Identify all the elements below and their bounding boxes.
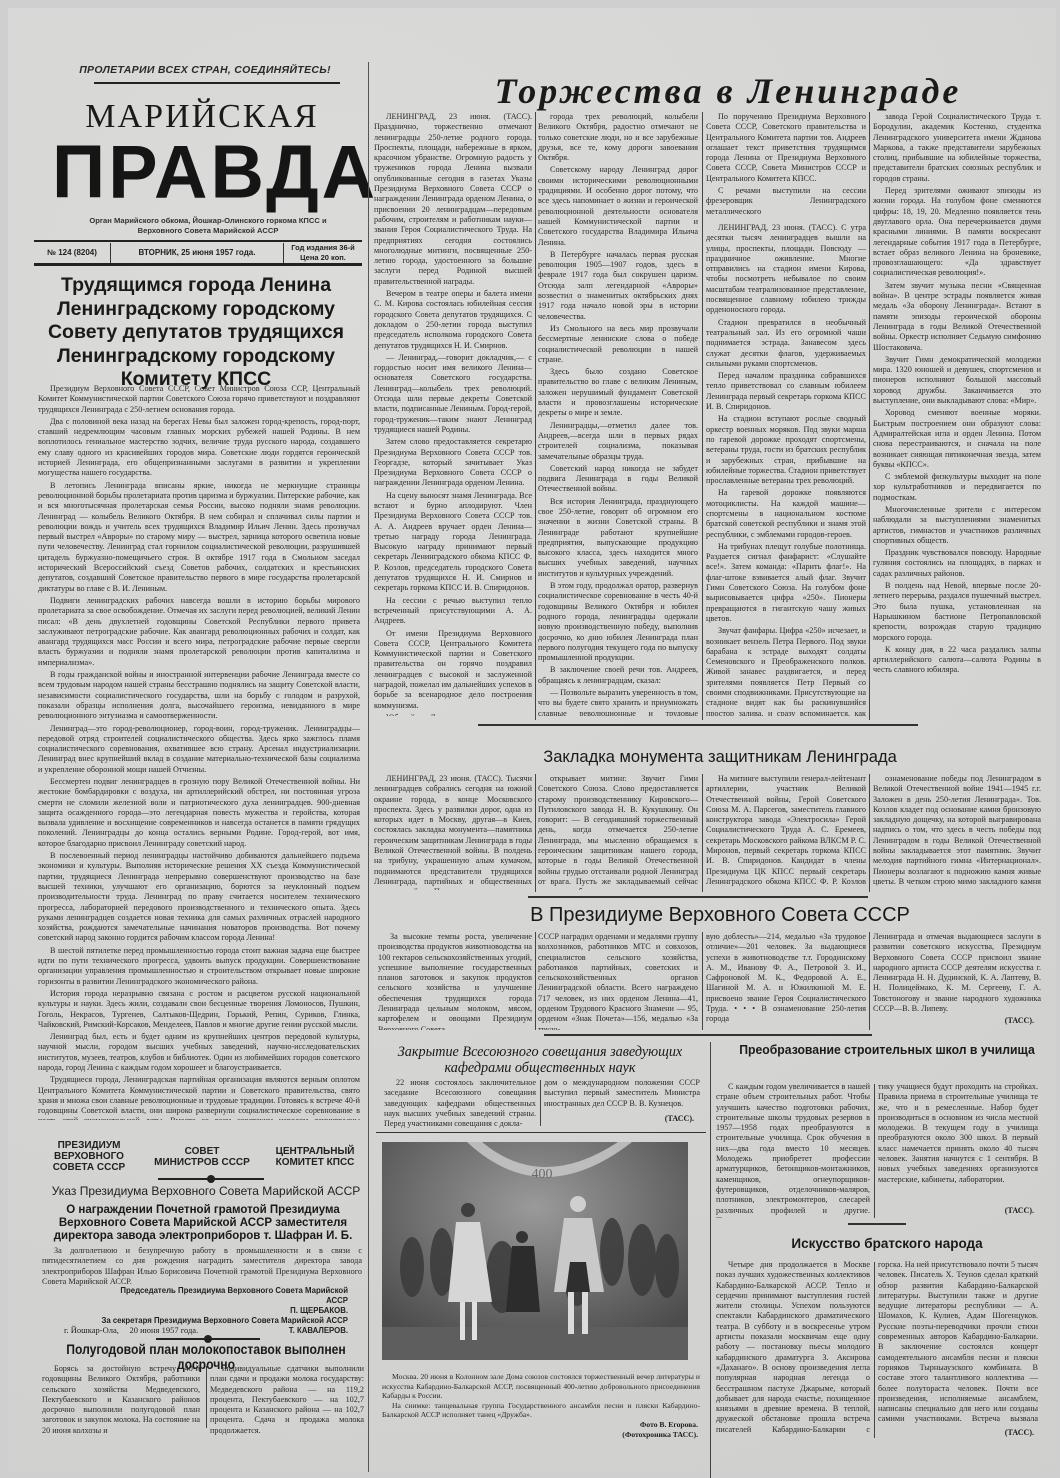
section-rule bbox=[544, 1034, 872, 1036]
article-paragraph: На сцену выносят знамя Ленинграда. Все в… bbox=[374, 491, 532, 594]
zakrytie-col2: дом о международном положении СССР высту… bbox=[544, 1078, 700, 1111]
zakrytie-tass: (ТАСС). bbox=[618, 1114, 694, 1123]
article-paragraph: История города неразрывно связана с рост… bbox=[38, 989, 360, 1030]
prezidium-col4: Ленинграда и отмечая выдающиеся заслуги … bbox=[873, 932, 1041, 1018]
price-label: Цена 20 коп. bbox=[300, 253, 346, 263]
article-paragraph: Из Смольного на весь мир прозвучали бесс… bbox=[538, 324, 698, 365]
article-paragraph: В послевоенный период ленинградцы настой… bbox=[38, 851, 360, 944]
article-paragraph: В этом году, продолжал оратор, развернув… bbox=[538, 581, 698, 663]
zakladka-col4: ознаменование победы под Ленинградом в В… bbox=[873, 774, 1041, 890]
article-paragraph: Ленинград был, есть и будет одним из кру… bbox=[38, 1032, 360, 1073]
prezidium-headline: В Президиуме Верховного Совета СССР bbox=[400, 904, 1040, 927]
iskusstvo-tass: (ТАСС). bbox=[968, 1428, 1034, 1437]
article-paragraph: В годы гражданской войны и иностранной и… bbox=[38, 670, 360, 721]
signature-cc: ЦЕНТРАЛЬНЫЙ КОМИТЕТ КПСС bbox=[270, 1146, 360, 1168]
caption-text: Москва. 20 июня в Колонном зале Дома сою… bbox=[382, 1372, 700, 1401]
lead-headline: Трудящимся города Ленина Ленинградскому … bbox=[38, 274, 354, 392]
masthead-slogan: ПРОЛЕТАРИИ ВСЕХ СТРАН, СОЕДИНЯЙТЕСЬ! bbox=[60, 64, 350, 76]
article-paragraph: Многочисленные зрители с интересом наблю… bbox=[873, 505, 1041, 546]
slogan-rule bbox=[94, 82, 340, 84]
masthead-organ: Орган Марийского обкома, Йошкар-Олинског… bbox=[78, 216, 338, 236]
torzhestva-col4: завода Герой Социалистического Труда т. … bbox=[873, 112, 1041, 716]
article-paragraph: города трех революций, колыбели Великого… bbox=[538, 112, 698, 163]
article-paragraph: В летопись Ленинграда вписаны яркие, ник… bbox=[38, 481, 360, 594]
column-rule bbox=[535, 112, 536, 720]
year-price: Год издания 36-й Цена 20 коп. bbox=[284, 242, 362, 263]
ukaz-kicker: Указ Президиума Верховного Совета Марийс… bbox=[46, 1184, 366, 1198]
torzhestva-col1: ЛЕНИНГРАД, 23 июня. (ТАСС). Празднично, … bbox=[374, 112, 532, 716]
section-rule bbox=[528, 896, 868, 898]
issue-number: № 124 (8204) bbox=[34, 242, 110, 263]
zakladka-headline: Закладка монумента защитникам Ленинграда bbox=[400, 748, 1040, 767]
article-paragraph: Два с половиной века назад на берегах Не… bbox=[38, 417, 360, 479]
ornament-divider bbox=[158, 1178, 264, 1180]
article-paragraph: Звучат фанфары. Цифра «250» исчезает, и … bbox=[706, 626, 866, 716]
lead-body: Президиум Верховного Совета СССР, Совет … bbox=[38, 384, 360, 1120]
lead-signatures: ПРЕЗИДИУМ ВЕРХОВНОГО СОВЕТА СССР СОВЕТ М… bbox=[44, 1140, 360, 1173]
newspaper-page: ПРОЛЕТАРИИ ВСЕХ СТРАН, СОЕДИНЯЙТЕСЬ! МАР… bbox=[8, 8, 1056, 1472]
column-rule bbox=[535, 932, 536, 1030]
prezidium-col1: За высокие темпы роста, увеличение произ… bbox=[378, 932, 532, 1030]
article-paragraph: Президиум Верховного Совета СССР, Совет … bbox=[38, 384, 360, 415]
article-paragraph: завода Герой Социалистического Труда т. … bbox=[873, 112, 1041, 184]
column-rule bbox=[540, 1080, 541, 1126]
torzhestva-col2: города трех революций, колыбели Великого… bbox=[538, 112, 698, 716]
photo-credit-agency: (Фотохроника ТАСС). bbox=[568, 1430, 698, 1440]
iskusstvo-headline: Искусство братского народа bbox=[722, 1236, 1052, 1251]
column-rule bbox=[874, 1084, 875, 1218]
main-column-rule bbox=[368, 62, 369, 1472]
torzhestva-col3: По поручению Президиума Верховного Совет… bbox=[706, 112, 866, 716]
ukaz-body: За долголетнюю и безупречную работу в пр… bbox=[42, 1246, 362, 1289]
column-rule bbox=[710, 1042, 711, 1478]
article-paragraph: Праздник чувствовался повсюду. Народные … bbox=[873, 548, 1041, 579]
article-paragraph: Вся история Ленинграда, празднующего сво… bbox=[538, 497, 698, 579]
article-paragraph: Звучит Гимн демократической молодежи мир… bbox=[873, 355, 1041, 406]
ornament-divider bbox=[156, 1338, 260, 1340]
column-rule bbox=[702, 774, 703, 892]
article-paragraph: К концу дня, в 22 часа раздались залпы а… bbox=[873, 645, 1041, 676]
photo-caption: Москва. 20 июня в Колонном зале Дома сою… bbox=[382, 1372, 700, 1420]
article-paragraph: Трудящиеся города, Ленинградская партийн… bbox=[38, 1075, 360, 1120]
prezidium-col2: СССР наградил орденами и медалями группу… bbox=[538, 932, 698, 1030]
milk-col2: индивидуальные сдатчики выполнили план с… bbox=[210, 1364, 364, 1438]
article-paragraph: — Позвольте выразить уверенность в том, … bbox=[538, 688, 698, 716]
dance-ensemble-photo: 400 bbox=[382, 1142, 688, 1360]
photo-illustration: 400 bbox=[382, 1142, 688, 1360]
section-rule bbox=[376, 1132, 706, 1133]
photo-credit-author: Фото В. Егорова. bbox=[568, 1420, 698, 1430]
article-paragraph: Затем звучит музыка песни «Священная вой… bbox=[873, 281, 1041, 353]
chair-title: Председатель Президиума Верховного Совет… bbox=[98, 1286, 348, 1306]
article-paragraph: Затем слово предоставляется секретарю Пр… bbox=[374, 437, 532, 488]
preobrazovanie-col2: тику учащиеся будут проходить на стройка… bbox=[878, 1082, 1038, 1202]
torzhestva-headline: Торжества в Ленинграде bbox=[408, 70, 1048, 112]
article-paragraph: В Петербурге началась первая русская рев… bbox=[538, 250, 698, 322]
article-paragraph: На гаревой дорожке появляются мотоциклис… bbox=[706, 488, 866, 539]
column-rule bbox=[869, 774, 870, 892]
masthead-infobar: № 124 (8204) ВТОРНИК, 25 июня 1957 года.… bbox=[34, 240, 362, 266]
preobrazovanie-col1: С каждым годом увеличивается в нашей стр… bbox=[716, 1082, 870, 1218]
article-paragraph: Советскому народу Ленинград дорог своими… bbox=[538, 165, 698, 247]
caption-text-2: На снимке: танцевальная группа Государст… bbox=[382, 1401, 700, 1420]
article-paragraph: Ленинград—это город-революционер, город-… bbox=[38, 724, 360, 775]
article-paragraph: ЛЕНИНГРАД, 23 июня. (ТАСС). Празднично, … bbox=[374, 112, 532, 287]
article-paragraph: В шестой пятилетке перед промышленностью… bbox=[38, 946, 360, 987]
column-rule bbox=[206, 1366, 207, 1428]
article-paragraph: На стадион вступают рослые сводный оркес… bbox=[706, 414, 866, 486]
article-paragraph: Здесь было создано Советское правительст… bbox=[538, 367, 698, 418]
iskusstvo-col2: горска. На ней присутствовало почти 5 ты… bbox=[878, 1260, 1038, 1426]
ukaz-headline: О награждении Почетной грамотой Президиу… bbox=[38, 1204, 368, 1243]
column-rule bbox=[702, 932, 703, 1030]
article-paragraph: Ленинградцы,—отметил далее тов. Андреев,… bbox=[538, 421, 698, 462]
article-paragraph: Вечером в театре оперы и балета имени С.… bbox=[374, 289, 532, 351]
article-paragraph: В заключение своей речи тов. Андреев, об… bbox=[538, 665, 698, 686]
section-rule bbox=[848, 1223, 906, 1225]
column-rule bbox=[702, 112, 703, 720]
prezidium-col3: вую доблесть»—214, медалью «За трудовое … bbox=[706, 932, 866, 1030]
preobrazovanie-tass: (ТАСС). bbox=[968, 1206, 1034, 1215]
article-paragraph: Перед зрителями оживают эпизоды из жизни… bbox=[873, 186, 1041, 279]
svg-text:400: 400 bbox=[532, 1167, 553, 1182]
signature-council: СОВЕТ МИНИСТРОВ СССР bbox=[153, 1146, 251, 1168]
article-paragraph: С речами выступили на сессии фрезеровщик… bbox=[706, 186, 866, 217]
prezidium-tass: (ТАСС). bbox=[968, 1016, 1034, 1025]
column-rule bbox=[874, 1262, 875, 1438]
column-rule bbox=[869, 932, 870, 1030]
article-paragraph: Советский народ никогда не забудет подви… bbox=[538, 464, 698, 495]
preobrazovanie-headline: Преобразование строительных школ в учили… bbox=[732, 1042, 1042, 1058]
photo-credit: Фото В. Егорова. (Фотохроника ТАСС). bbox=[568, 1420, 698, 1440]
chair-name: П. ЩЕРБАКОВ. bbox=[98, 1306, 348, 1316]
zakladka-col2: открывает митинг. Звучит Гимн Советского… bbox=[538, 774, 698, 890]
zakrytie-col1: 22 июня состоялось заключительное заседа… bbox=[384, 1078, 536, 1131]
zakladka-col3: На митинге выступили генерал-лейтенант а… bbox=[706, 774, 866, 890]
article-paragraph: По поручению Президиума Верховного Совет… bbox=[706, 112, 866, 184]
issue-date: ВТОРНИК, 25 июня 1957 года. bbox=[111, 242, 283, 263]
article-paragraph: Хоровод сменяют военные моряки. Быстрым … bbox=[873, 408, 1041, 470]
article-paragraph: От имени Президиума Верховного Совета СС… bbox=[374, 629, 532, 711]
article-paragraph: Перед началом праздника собравшихся тепл… bbox=[706, 371, 866, 412]
section-rule bbox=[478, 724, 918, 726]
year-label: Год издания 36-й bbox=[291, 243, 355, 253]
article-paragraph: На сессии с речью выступил тепло встрече… bbox=[374, 596, 532, 627]
zakrytie-headline: Закрытие Всесоюзного совещания заведующи… bbox=[374, 1044, 706, 1076]
zakladka-col1: ЛЕНИНГРАД, 23 июня. (ТАСС). Тысячи ленин… bbox=[374, 774, 532, 890]
article-paragraph: Стадион превратился в необычный театраль… bbox=[706, 318, 866, 369]
article-paragraph: Бессмертен подвиг ленинградцев в грозную… bbox=[38, 777, 360, 849]
article-paragraph: С эмблемой физкультуры выходит на поле х… bbox=[873, 472, 1041, 503]
milk-col1: Борясь за достойную встречу 40-й годовщи… bbox=[42, 1364, 200, 1438]
masthead-title-line2: ПРАВДА bbox=[52, 134, 352, 209]
ukaz-place-date: г. Йошкар-Ола, 20 июня 1957 года. bbox=[64, 1325, 264, 1335]
column-rule bbox=[535, 774, 536, 892]
article-paragraph: На трибунах плещут голубые полотнища. Ра… bbox=[706, 542, 866, 624]
column-rule bbox=[869, 112, 870, 720]
article-paragraph: Подвиги ленинградских рабочих навсегда в… bbox=[38, 596, 360, 668]
article-paragraph: Юбилей Ленинграда,—сказал тов. Андреев,—… bbox=[374, 713, 532, 716]
article-paragraph: ЛЕНИНГРАД, 23 июня. (ТАСС). С утра десят… bbox=[706, 223, 866, 316]
article-paragraph: В полдень над Невой, впервые после 20-ле… bbox=[873, 581, 1041, 643]
article-paragraph: — Ленинград,—говорит докладчик,— с гордо… bbox=[374, 353, 532, 435]
iskusstvo-col1: Четыре дня продолжается в Москве показ л… bbox=[716, 1260, 870, 1436]
signature-presidium: ПРЕЗИДИУМ ВЕРХОВНОГО СОВЕТА СССР bbox=[44, 1140, 134, 1173]
